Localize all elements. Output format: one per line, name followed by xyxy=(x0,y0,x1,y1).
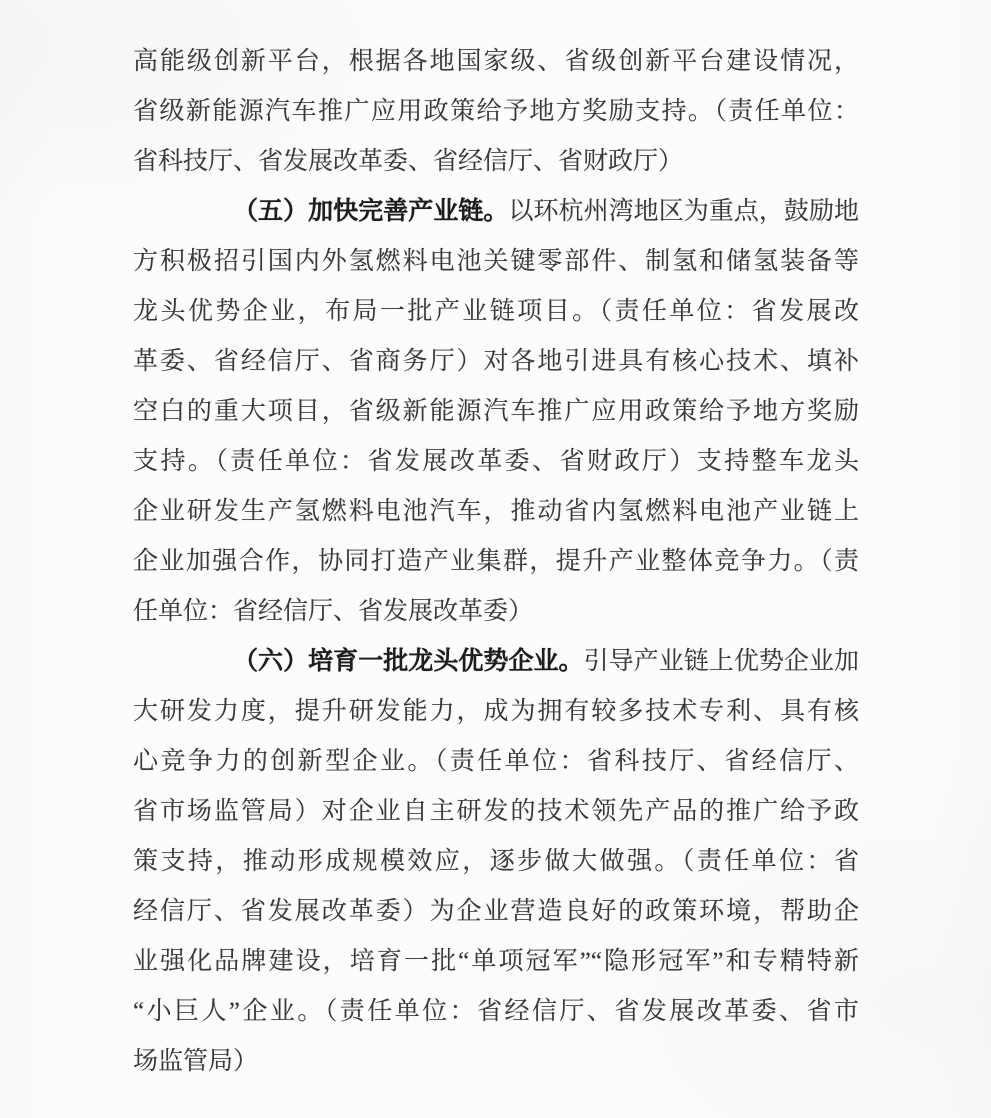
text-line: 省市场监管局）对企业自主研发的技术领先产品的推广给予政 xyxy=(133,787,859,837)
body-text: 龙头优势企业，布局一批产业链项目。（责任单位：省发展改 xyxy=(133,298,859,325)
body-text: 大研发力度，提升研发能力，成为拥有较多技术专利、具有核 xyxy=(133,698,859,725)
body-text: 空白的重大项目，省级新能源汽车推广应用政策给予地方奖励 xyxy=(133,398,859,425)
text-line: 方积极招引国内外氢燃料电池关键零部件、制氢和储氢装备等 xyxy=(133,237,859,287)
section-heading-text: （六）培育一批龙头优势企业。 xyxy=(233,648,584,675)
body-text: 企业研发生产氢燃料电池汽车，推动省内氢燃料电池产业链上 xyxy=(133,498,859,525)
text-line: 场监管局） xyxy=(133,1037,859,1087)
text-line: 企业研发生产氢燃料电池汽车，推动省内氢燃料电池产业链上 xyxy=(133,487,859,537)
text-line: 企业加强合作，协同打造产业集群，提升产业整体竞争力。（责 xyxy=(133,537,859,587)
body-text: 省级新能源汽车推广应用政策给予地方奖励支持。（责任单位： xyxy=(133,98,859,125)
body-text: “小巨人”企业。（责任单位：省经信厅、省发展改革委、省市 xyxy=(133,998,859,1025)
body-text: 支持。（责任单位：省发展改革委、省财政厅）支持整车龙头 xyxy=(133,448,859,475)
body-text: 省科技厅、省发展改革委、省经信厅、省财政厅） xyxy=(133,148,683,175)
document-page: 高能级创新平台，根据各地国家级、省级创新平台建设情况，省级新能源汽车推广应用政策… xyxy=(0,0,991,1118)
text-line: 业强化品牌建设，培育一批“单项冠军”“隐形冠军”和专精特新 xyxy=(133,937,859,987)
text-line: “小巨人”企业。（责任单位：省经信厅、省发展改革委、省市 xyxy=(133,987,859,1037)
body-text: 高能级创新平台，根据各地国家级、省级创新平台建设情况， xyxy=(133,48,859,75)
body-text: 革委、省经信厅、省商务厅）对各地引进具有核心技术、填补 xyxy=(133,348,859,375)
body-text: 业强化品牌建设，培育一批“单项冠军”“隐形冠军”和专精特新 xyxy=(133,948,859,975)
body-text: 任单位：省经信厅、省发展改革委） xyxy=(133,598,533,625)
text-line: （六）培育一批龙头优势企业。引导产业链上优势企业加 xyxy=(133,637,859,687)
text-line: 心竞争力的创新型企业。（责任单位：省科技厅、省经信厅、 xyxy=(133,737,859,787)
text-line: 省科技厅、省发展改革委、省经信厅、省财政厅） xyxy=(133,137,859,187)
text-line: 高能级创新平台，根据各地国家级、省级创新平台建设情况， xyxy=(133,37,859,87)
body-text: 策支持，推动形成规模效应，逐步做大做强。（责任单位：省 xyxy=(133,848,859,875)
body-text: 经信厅、省发展改革委）为企业营造良好的政策环境，帮助企 xyxy=(133,898,859,925)
body-text: 以环杭州湾地区为重点，鼓励地 xyxy=(508,198,859,225)
text-line: 龙头优势企业，布局一批产业链项目。（责任单位：省发展改 xyxy=(133,287,859,337)
section-heading-text: （五）加快完善产业链。 xyxy=(233,198,508,225)
text-line: 策支持，推动形成规模效应，逐步做大做强。（责任单位：省 xyxy=(133,837,859,887)
text-line: 省级新能源汽车推广应用政策给予地方奖励支持。（责任单位： xyxy=(133,87,859,137)
text-line: 任单位：省经信厅、省发展改革委） xyxy=(133,587,859,637)
body-text: 引导产业链上优势企业加 xyxy=(584,648,859,675)
text-line: 空白的重大项目，省级新能源汽车推广应用政策给予地方奖励 xyxy=(133,387,859,437)
body-text: 心竞争力的创新型企业。（责任单位：省科技厅、省经信厅、 xyxy=(133,748,859,775)
text-line: 革委、省经信厅、省商务厅）对各地引进具有核心技术、填补 xyxy=(133,337,859,387)
text-line: （五）加快完善产业链。以环杭州湾地区为重点，鼓励地 xyxy=(133,187,859,237)
body-text: 省市场监管局）对企业自主研发的技术领先产品的推广给予政 xyxy=(133,798,859,825)
text-line: 支持。（责任单位：省发展改革委、省财政厅）支持整车龙头 xyxy=(133,437,859,487)
body-text: 企业加强合作，协同打造产业集群，提升产业整体竞争力。（责 xyxy=(133,548,859,575)
body-text: 场监管局） xyxy=(133,1048,258,1075)
body-text: 方积极招引国内外氢燃料电池关键零部件、制氢和储氢装备等 xyxy=(133,248,859,275)
text-line: 大研发力度，提升研发能力，成为拥有较多技术专利、具有核 xyxy=(133,687,859,737)
text-line: 经信厅、省发展改革委）为企业营造良好的政策环境，帮助企 xyxy=(133,887,859,937)
text-block: 高能级创新平台，根据各地国家级、省级创新平台建设情况，省级新能源汽车推广应用政策… xyxy=(133,37,859,1087)
